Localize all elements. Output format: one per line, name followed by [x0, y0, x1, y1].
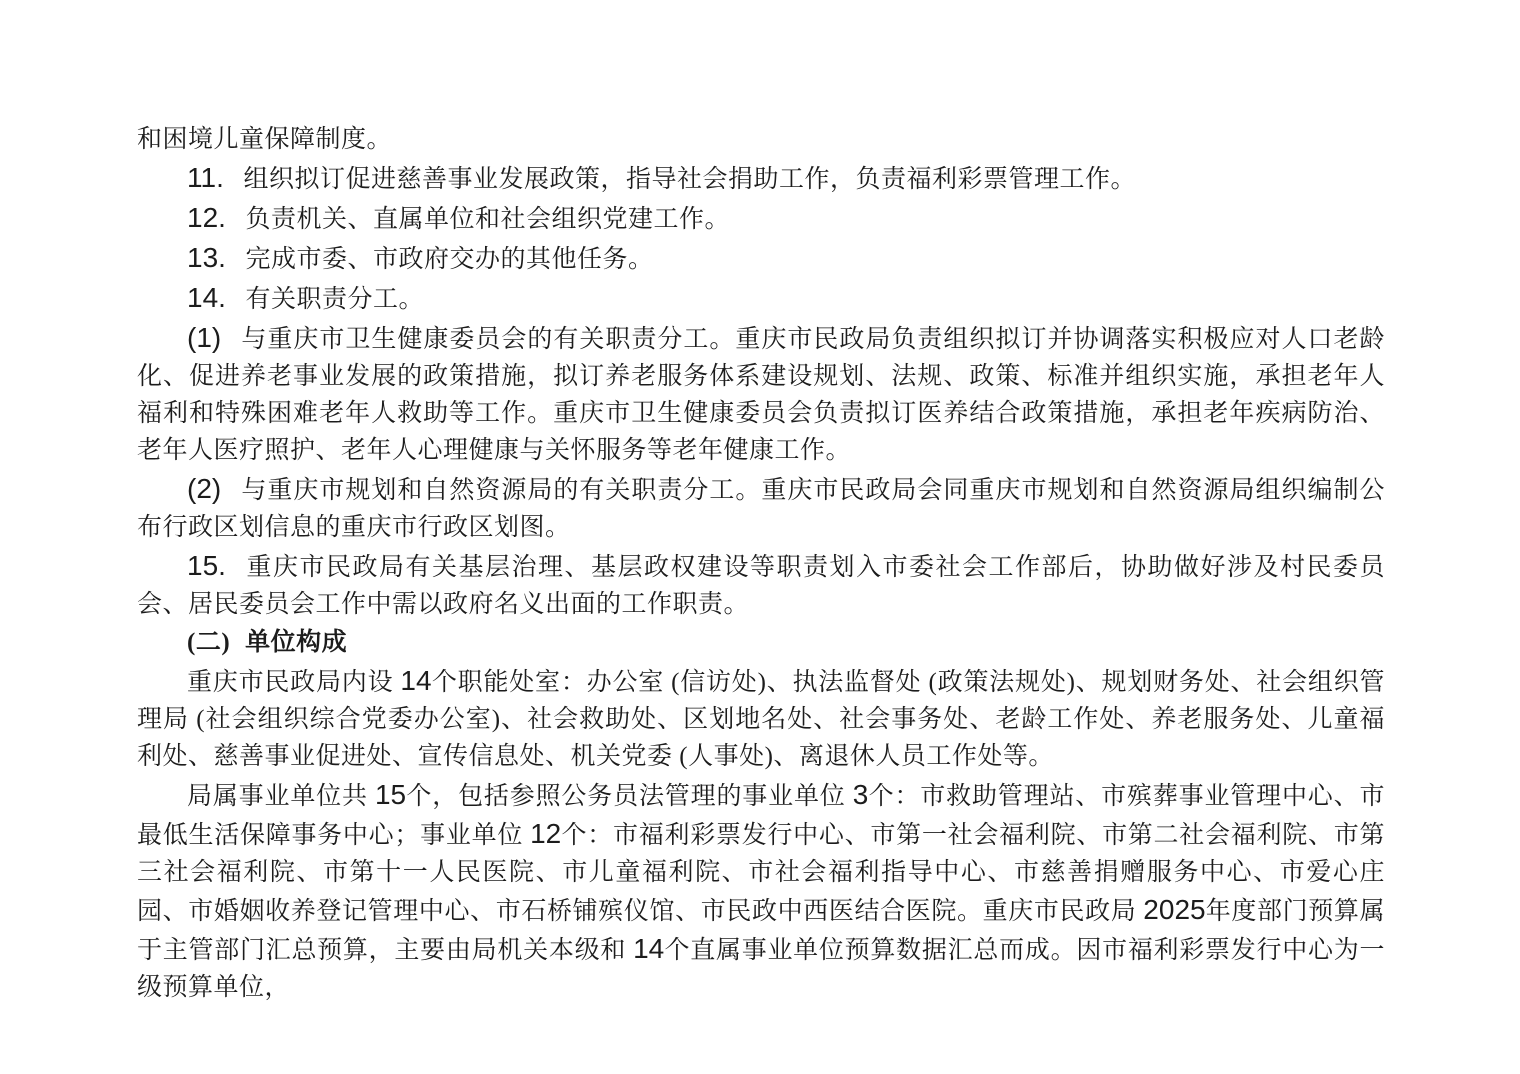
- section-heading-unit-composition: (二)单位构成: [137, 624, 1385, 661]
- text-run: 与重庆市规划和自然资源局的有关职责分工。重庆市民政局会同重庆市规划和自然资源局组…: [137, 477, 1385, 541]
- paragraph-continuation: 和困境儿童保障制度。: [137, 121, 1385, 158]
- section-label: (二): [187, 629, 230, 656]
- list-item-14-sub-1: (1)与重庆市卫生健康委员会的有关职责分工。重庆市民政局负责组织拟订并协调落实积…: [137, 319, 1385, 469]
- text-run: 局属事业单位共: [187, 783, 375, 810]
- text-run: 组织拟订促进慈善事业发展政策，指导社会捐助工作，负责福利彩票管理工作。: [243, 166, 1136, 193]
- inline-number: 14: [633, 933, 664, 964]
- text-run: 单位构成: [245, 629, 347, 656]
- list-number: 11.: [187, 162, 224, 193]
- text-run: 重庆市民政局内设: [187, 669, 400, 696]
- list-item-12: 12.负责机关、直属单位和社会组织党建工作。: [137, 199, 1385, 238]
- paragraph-subordinate-units: 局属事业单位共 15个，包括参照公务员法管理的事业单位 3个：市救助管理站、市殡…: [137, 776, 1385, 1006]
- list-number: 13.: [187, 242, 226, 273]
- document-body: 和困境儿童保障制度。11.组织拟订促进慈善事业发展政策，指导社会捐助工作，负责福…: [137, 121, 1385, 1006]
- inline-number: 15: [375, 779, 406, 810]
- inline-number: 12: [530, 818, 561, 849]
- text-run: 完成市委、市政府交办的其他任务。: [246, 246, 654, 273]
- document-page: 和困境儿童保障制度。11.组织拟订促进慈善事业发展政策，指导社会捐助工作，负责福…: [0, 0, 1520, 1074]
- inline-number: 3: [853, 779, 869, 810]
- list-number: 12.: [187, 202, 226, 233]
- inline-number: 14: [400, 665, 431, 696]
- inline-number: 2025: [1143, 894, 1205, 925]
- list-item-15: 15.重庆市民政局有关基层治理、基层政权建设等职责划入市委社会工作部后，协助做好…: [137, 547, 1385, 623]
- list-number: (1): [187, 322, 221, 353]
- text-run: 负责机关、直属单位和社会组织党建工作。: [246, 206, 731, 233]
- text-run: 个，包括参照公务员法管理的事业单位: [406, 783, 853, 810]
- text-run: 和困境儿童保障制度。: [137, 126, 392, 153]
- list-item-14-sub-2: (2)与重庆市规划和自然资源局的有关职责分工。重庆市民政局会同重庆市规划和自然资…: [137, 470, 1385, 546]
- list-item-11: 11.组织拟订促进慈善事业发展政策，指导社会捐助工作，负责福利彩票管理工作。: [137, 159, 1385, 198]
- text-run: 有关职责分工。: [246, 286, 425, 313]
- list-item-13: 13.完成市委、市政府交办的其他任务。: [137, 239, 1385, 278]
- list-item-14: 14.有关职责分工。: [137, 279, 1385, 318]
- list-number: (2): [187, 473, 221, 504]
- list-number: 15.: [187, 550, 226, 581]
- paragraph-internal-departments: 重庆市民政局内设 14个职能处室：办公室 (信访处)、执法监督处 (政策法规处)…: [137, 662, 1385, 775]
- text-run: 重庆市民政局有关基层治理、基层政权建设等职责划入市委社会工作部后，协助做好涉及村…: [137, 554, 1385, 618]
- text-run: 与重庆市卫生健康委员会的有关职责分工。重庆市民政局负责组织拟订并协调落实积极应对…: [137, 326, 1385, 464]
- list-number: 14.: [187, 282, 226, 313]
